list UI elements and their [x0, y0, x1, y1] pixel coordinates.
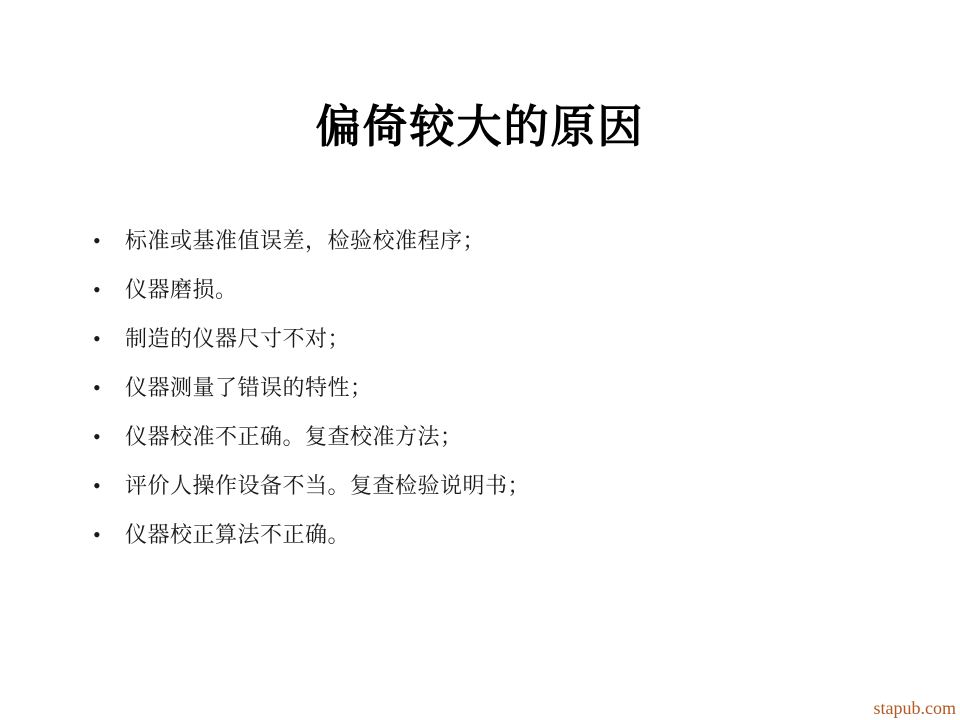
- presentation-slide: 偏倚较大的原因 • 标准或基准值误差，检验校准程序； • 仪器磨损。 • 制造的…: [0, 0, 960, 720]
- bullet-icon: •: [93, 461, 125, 510]
- list-item: • 标准或基准值误差，检验校准程序；: [93, 216, 910, 265]
- bullet-icon: •: [93, 216, 125, 265]
- bullet-text: 制造的仪器尺寸不对；: [125, 314, 910, 363]
- bullet-text: 评价人操作设备不当。复查检验说明书；: [125, 461, 910, 510]
- bullet-icon: •: [93, 363, 125, 412]
- list-item: • 制造的仪器尺寸不对；: [93, 314, 910, 363]
- list-item: • 仪器磨损。: [93, 265, 910, 314]
- bullet-icon: •: [93, 510, 125, 559]
- bullet-icon: •: [93, 314, 125, 363]
- bullet-text: 仪器校正算法不正确。: [125, 510, 910, 559]
- bullet-icon: •: [93, 412, 125, 461]
- bullet-text: 标准或基准值误差，检验校准程序；: [125, 216, 910, 265]
- slide-title: 偏倚较大的原因: [0, 96, 960, 158]
- bullet-text: 仪器测量了错误的特性；: [125, 363, 910, 412]
- list-item: • 仪器测量了错误的特性；: [93, 363, 910, 412]
- list-item: • 仪器校正算法不正确。: [93, 510, 910, 559]
- bullet-list: • 标准或基准值误差，检验校准程序； • 仪器磨损。 • 制造的仪器尺寸不对； …: [93, 216, 910, 559]
- bullet-icon: •: [93, 265, 125, 314]
- bullet-text: 仪器磨损。: [125, 265, 910, 314]
- list-item: • 评价人操作设备不当。复查检验说明书；: [93, 461, 910, 510]
- watermark: stapub.com: [874, 698, 957, 718]
- bullet-text: 仪器校准不正确。复查校准方法；: [125, 412, 910, 461]
- list-item: • 仪器校准不正确。复查校准方法；: [93, 412, 910, 461]
